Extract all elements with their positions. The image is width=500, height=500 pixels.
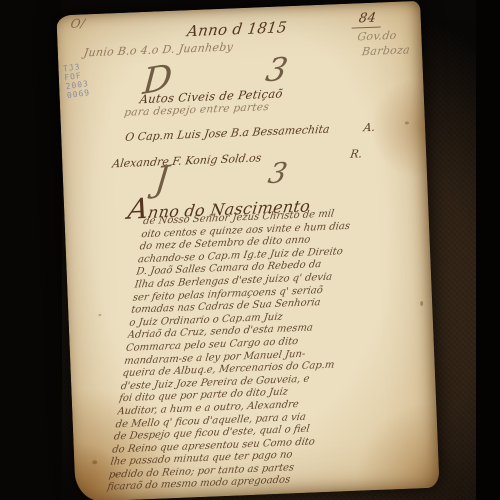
backdrop-right (476, 0, 500, 500)
foxing-speck (98, 314, 101, 316)
folio-note: Barboza (361, 43, 411, 58)
flourish-glyph: 3 (263, 50, 291, 89)
backdrop-left (0, 0, 62, 500)
year-heading: Anno d 1815 (126, 16, 348, 43)
foxing-speck (420, 301, 423, 306)
corner-doodle: O/ (70, 16, 86, 31)
body-text: de Nosso Senhor Jezus Christo de mil oit… (106, 205, 427, 495)
party-defendant: Alexandre F. Konig Sold.os R. (111, 147, 363, 170)
foxing-speck (92, 460, 97, 464)
party-role: R. (349, 147, 363, 161)
party-plaintiff: O Cap.m Luis Jose B.a Bessamechita A. (124, 121, 376, 144)
manuscript-page: O/ TJ3 FOF 2003 0069 Anno d 1815 84 Gov.… (56, 1, 439, 500)
photo-backdrop: O/ TJ3 FOF 2003 0069 Anno d 1815 84 Gov.… (0, 0, 500, 500)
party-role: A. (363, 121, 376, 135)
party-name: Alexandre F. Konig Sold.os (111, 151, 262, 170)
stamp-line: 0069 (66, 88, 90, 100)
folio-note: Gov.do (357, 29, 398, 44)
folio-number: 84 (352, 10, 383, 28)
archive-stamp: TJ3 FOF 2003 0069 (62, 61, 90, 100)
party-name: O Cap.m Luis Jose B.a Bessamechita (124, 123, 330, 144)
foxing-speck (405, 121, 409, 124)
margin-note: Junio B.o 4.o D. Juanheby (83, 40, 234, 59)
foxing-speck (115, 473, 118, 476)
